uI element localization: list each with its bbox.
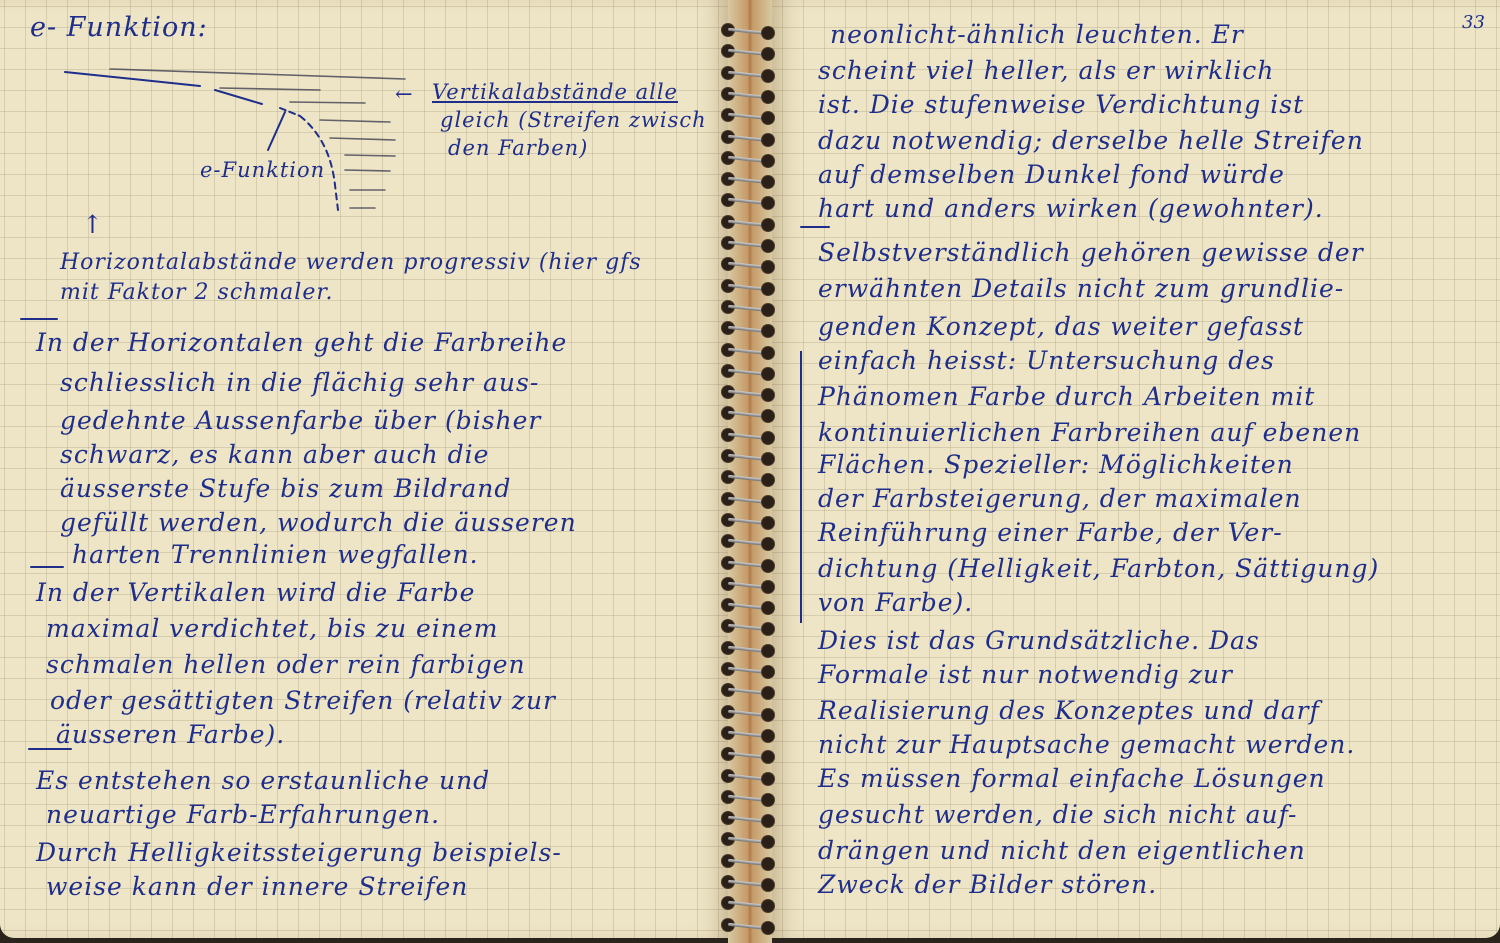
spiral-coil xyxy=(718,365,782,379)
handwritten-line: Phänomen Farbe durch Arbeiten mit xyxy=(818,384,1315,409)
spiral-coil xyxy=(718,471,782,485)
spiral-coil xyxy=(718,557,782,571)
spiral-coil xyxy=(718,791,782,805)
handwritten-line: Es müssen formal einfache Lösungen xyxy=(818,766,1326,791)
spiral-coil xyxy=(718,216,782,230)
paragraph-separator xyxy=(30,566,64,568)
spiral-coil xyxy=(718,535,782,549)
spiral-coil xyxy=(718,322,782,336)
handwritten-line: äusserste Stufe bis zum Bildrand xyxy=(60,476,511,501)
handwritten-line: dichtung (Helligkeit, Farbton, Sättigung… xyxy=(818,556,1379,581)
handwritten-line: ist. Die stufenweise Verdichtung ist xyxy=(818,92,1304,117)
spiral-coil xyxy=(718,919,782,933)
punch-hole xyxy=(762,347,774,359)
punch-hole xyxy=(762,27,774,39)
punch-hole xyxy=(762,581,774,593)
handwritten-line: drängen und nicht den eigentlichen xyxy=(818,838,1306,863)
punch-hole xyxy=(762,730,774,742)
punch-hole xyxy=(762,922,774,934)
handwritten-line: der Farbsteigerung, der maximalen xyxy=(818,486,1302,511)
handwritten-line: äusseren Farbe). xyxy=(56,722,285,747)
punch-hole xyxy=(762,900,774,912)
handwritten-line: In der Horizontalen geht die Farbreihe xyxy=(36,330,567,355)
spiral-coil xyxy=(718,45,782,59)
punch-hole xyxy=(762,432,774,444)
handwritten-line: von Farbe). xyxy=(818,590,973,615)
punch-hole xyxy=(762,410,774,422)
diagram-annotation-line-3: den Farben) xyxy=(448,138,588,159)
punch-hole xyxy=(762,112,774,124)
punch-hole xyxy=(762,560,774,572)
handwritten-line: dazu notwendig; derselbe helle Streifen xyxy=(818,128,1364,153)
spiral-coil xyxy=(718,131,782,145)
handwritten-line: Dies ist das Grundsätzliche. Das xyxy=(818,628,1260,653)
spiral-coil xyxy=(718,237,782,251)
handwritten-line: kontinuierlichen Farbreihen auf ebenen xyxy=(818,420,1361,445)
paragraph-separator xyxy=(800,226,830,228)
handwritten-line: Zweck der Bilder stören. xyxy=(818,872,1157,897)
handwritten-line: schliesslich in die flächig sehr aus- xyxy=(60,370,539,395)
handwritten-line: Es entstehen so erstaunliche und xyxy=(36,768,490,793)
spiral-coil xyxy=(718,876,782,890)
handwritten-line: Realisierung des Konzeptes und darf xyxy=(818,698,1320,723)
spiral-coil xyxy=(718,684,782,698)
punch-hole xyxy=(762,773,774,785)
handwritten-line: auf demselben Dunkel fond würde xyxy=(818,162,1285,187)
spiral-coil xyxy=(718,855,782,869)
punch-hole xyxy=(762,517,774,529)
spiral-coil xyxy=(718,578,782,592)
punch-hole xyxy=(762,496,774,508)
spiral-coil xyxy=(718,493,782,507)
handwritten-line: mit Faktor 2 schmaler. xyxy=(60,282,333,304)
handwritten-line: gefüllt werden, wodurch die äusseren xyxy=(60,510,577,535)
punch-hole xyxy=(762,538,774,550)
diagram-annotation-line-2: gleich (Streifen zwisch xyxy=(440,110,707,131)
handwritten-line: einfach heisst: Untersuchung des xyxy=(818,348,1275,373)
punch-hole xyxy=(762,751,774,763)
spiral-coil xyxy=(718,770,782,784)
handwritten-line: gesucht werden, die sich nicht auf- xyxy=(818,802,1297,827)
spiral-coil xyxy=(718,152,782,166)
punch-hole xyxy=(762,261,774,273)
punch-hole xyxy=(762,474,774,486)
punch-hole xyxy=(762,687,774,699)
punch-hole xyxy=(762,815,774,827)
punch-hole xyxy=(762,368,774,380)
spiral-coil xyxy=(718,258,782,272)
page-number: 33 xyxy=(1462,12,1485,33)
handwritten-line: harten Trennlinien wegfallen. xyxy=(72,542,479,567)
handwritten-line: erwähnten Details nicht zum grundlie- xyxy=(818,276,1344,301)
handwritten-line: neuartige Farb-Erfahrungen. xyxy=(46,802,440,827)
punch-hole xyxy=(762,283,774,295)
spiral-coil xyxy=(718,642,782,656)
spiral-coil xyxy=(718,727,782,741)
punch-hole xyxy=(762,134,774,146)
punch-hole xyxy=(762,666,774,678)
spiral-coil xyxy=(718,344,782,358)
spiral-coil xyxy=(718,450,782,464)
spiral-coil xyxy=(718,620,782,634)
up-arrow-icon: ↑ xyxy=(82,212,104,237)
handwritten-line: hart und anders wirken (gewohnter). xyxy=(818,196,1324,221)
paragraph-separator xyxy=(28,748,72,750)
punch-hole xyxy=(762,304,774,316)
spiral-coil xyxy=(718,663,782,677)
handwritten-line: Reinführung einer Farbe, der Ver- xyxy=(818,520,1283,545)
spiral-coil xyxy=(718,897,782,911)
punch-hole xyxy=(762,858,774,870)
punch-hole xyxy=(762,176,774,188)
spiral-coil xyxy=(718,386,782,400)
spiral-coil xyxy=(718,706,782,720)
handwritten-line: neonlicht-ähnlich leuchten. Er xyxy=(830,22,1244,47)
spiral-coil xyxy=(718,599,782,613)
diagram-label-e-funktion: e-Funktion xyxy=(200,160,325,181)
handwritten-line: gedehnte Aussenfarbe über (bisher xyxy=(60,408,541,433)
punch-hole xyxy=(762,602,774,614)
diagram-annotation-arrow: ← xyxy=(395,84,414,105)
punch-hole xyxy=(762,155,774,167)
spiral-coil xyxy=(718,833,782,847)
punch-hole xyxy=(762,240,774,252)
spiral-coil xyxy=(718,514,782,528)
spiral-coil xyxy=(718,67,782,81)
punch-hole xyxy=(762,794,774,806)
punch-hole xyxy=(762,70,774,82)
punch-hole xyxy=(762,325,774,337)
handwritten-line: schwarz, es kann aber auch die xyxy=(60,442,489,467)
punch-hole xyxy=(762,48,774,60)
punch-hole xyxy=(762,389,774,401)
spiral-coil xyxy=(718,812,782,826)
punch-hole xyxy=(762,219,774,231)
spiral-coil xyxy=(718,24,782,38)
punch-hole xyxy=(762,91,774,103)
punch-hole xyxy=(762,623,774,635)
paragraph-separator xyxy=(20,318,58,320)
handwritten-line: maximal verdichtet, bis zu einem xyxy=(46,616,498,641)
handwritten-line: scheint viel heller, als er wirklich xyxy=(818,58,1274,83)
handwritten-line: In der Vertikalen wird die Farbe xyxy=(36,580,475,605)
spiral-coil xyxy=(718,280,782,294)
handwritten-line: nicht zur Hauptsache gemacht werden. xyxy=(818,732,1355,757)
spiral-coil xyxy=(718,88,782,102)
diagram-annotation-line-1: Vertikalabstände alle xyxy=(432,82,678,103)
spiral-coil xyxy=(718,173,782,187)
punch-hole xyxy=(762,836,774,848)
handwritten-line: Flächen. Spezieller: Möglichkeiten xyxy=(818,452,1294,477)
punch-hole xyxy=(762,453,774,465)
punch-hole xyxy=(762,197,774,209)
handwritten-line: Durch Helligkeitssteigerung beispiels- xyxy=(36,840,562,865)
handwritten-line: genden Konzept, das weiter gefasst xyxy=(818,314,1304,339)
handwritten-line: schmalen hellen oder rein farbigen xyxy=(46,652,526,677)
spiral-coil xyxy=(718,429,782,443)
spiral-coil xyxy=(718,301,782,315)
handwritten-line: oder gesättigten Streifen (relativ zur xyxy=(50,688,556,713)
punch-hole xyxy=(762,709,774,721)
margin-bracket-line xyxy=(800,351,802,623)
spiral-coil xyxy=(718,407,782,421)
spiral-coil xyxy=(718,109,782,123)
handwritten-line: Selbstverständlich gehören gewisse der xyxy=(818,240,1364,265)
spiral-coil xyxy=(718,194,782,208)
punch-hole xyxy=(762,645,774,657)
handwritten-line: Formale ist nur notwendig zur xyxy=(818,662,1233,687)
spiral-coil xyxy=(718,748,782,762)
punch-hole xyxy=(762,879,774,891)
handwritten-line: Horizontalabstände werden progressiv (hi… xyxy=(60,252,642,274)
handwritten-line: weise kann der innere Streifen xyxy=(46,874,468,899)
